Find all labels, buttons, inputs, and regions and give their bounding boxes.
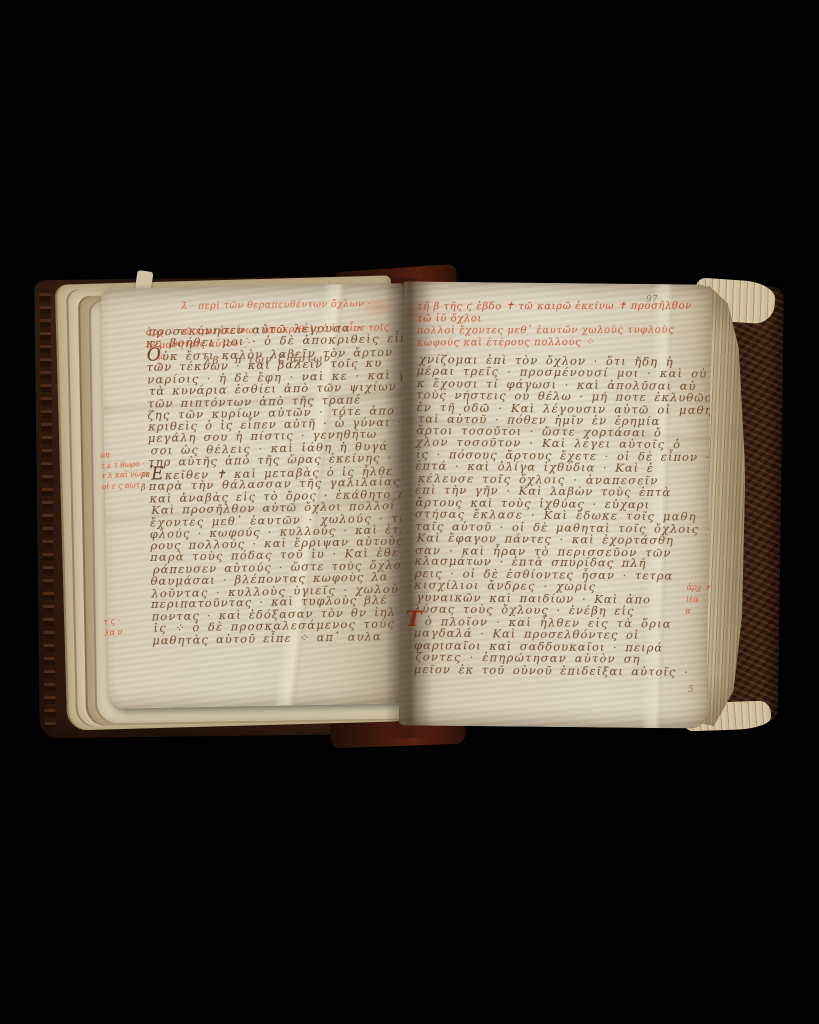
text-line: μαθητὰς αὐτοῦ εἶπε ⁘ απ᾽ αυλα	[152, 629, 411, 646]
right-page-rubric-line2: πολλοὶ ἔχοντες μεθ᾽ ἑαυτῶν χωλοὺς τυφλοὺ…	[417, 325, 709, 350]
right-page: τῆ β τῆς ϛ ἑβδο ✝ τῶ καιρῶ ἐκείνω ✝ προσ…	[399, 281, 712, 728]
text-line: μεῖον ἐκ τοῦ οὐνοῦ ἐπιδεῖξαι αὐτοῖς ·	[414, 663, 712, 678]
left-page-text-block: λ̄ · περὶ τῶν θεραπευθέντων ὄχλων · προσ…	[145, 297, 394, 368]
left-page: λ̄ · περὶ τῶν θεραπευθέντων ὄχλων · προσ…	[101, 283, 411, 709]
right-page-text-block: τῆ β τῆς ϛ ἑβδο ✝ τῶ καιρῶ ἐκείνω ✝ προσ…	[417, 300, 710, 357]
left-page-rubric: ἀρχ ⁘ τῶ κρω ἐκείνω · ἀποκριθεὶς ὁ ἰς εἶ…	[146, 321, 394, 352]
manuscript-photo: λ̄ · περὶ τῶν θεραπευθέντων ὄχλων · προσ…	[0, 0, 819, 1024]
right-page-body: χνίζομαι ἐπὶ τὸν ὄχλον · ὅτι ἤδη ἡμέραι …	[413, 354, 711, 679]
left-page-heading: λ̄ · περὶ τῶν θεραπευθέντων ὄχλων ·	[145, 298, 393, 312]
open-codex: λ̄ · περὶ τῶν θεραπευθέντων ὄχλων · προσ…	[35, 266, 783, 748]
left-page-body: προσεκύνησεν αὐτῶ λέγουσα ·κε βοήθει μοι…	[146, 321, 411, 647]
right-page-rubric-line1: τῆ β τῆς ϛ ἑβδο ✝ τῶ καιρῶ ἐκείνω ✝ προσ…	[417, 301, 709, 326]
